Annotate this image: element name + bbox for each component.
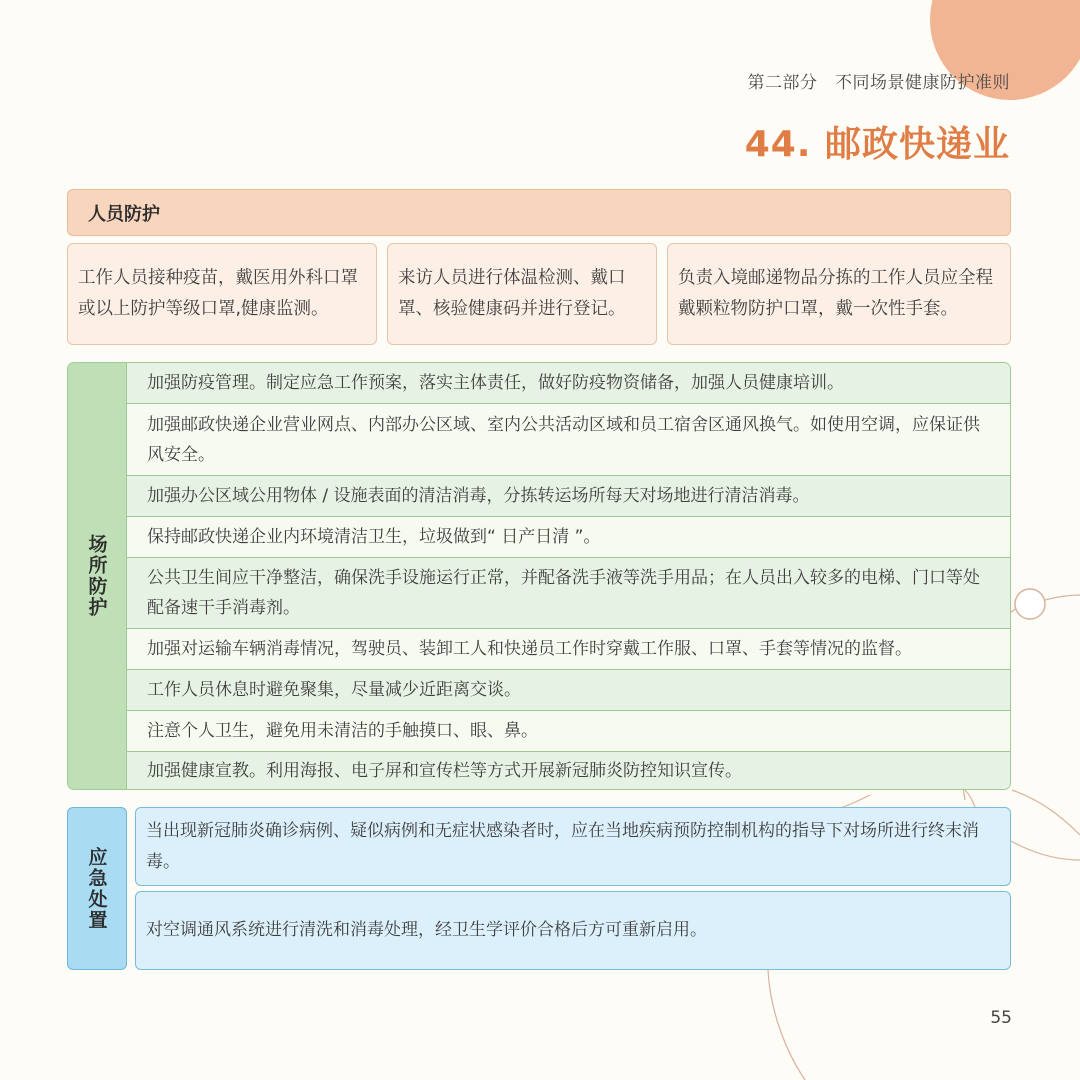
personnel-card: 工作人员接种疫苗，戴医用外科口罩或以上防护等级口罩,健康监测。 [67, 243, 377, 345]
personnel-protection-heading: 人员防护 [67, 189, 1011, 236]
list-item: 注意个人卫生，避免用未清洁的手触摸口、眼、鼻。 [127, 711, 1010, 752]
emergency-response-label-column: 应急处置 [67, 807, 127, 970]
venue-protection-list: 加强防疫管理。制定应急工作预案，落实主体责任，做好防疫物资储备，加强人员健康培训… [127, 363, 1010, 789]
list-item: 工作人员休息时避免聚集，尽量减少近距离交谈。 [127, 670, 1010, 711]
page: 第二部分 不同场景健康防护准则 44. 邮政快递业 人员防护 工作人员接种疫苗，… [0, 0, 1080, 1080]
list-item: 加强办公区域公用物体 / 设施表面的清洁消毒，分拣转运场所每天对场地进行清洁消毒… [127, 476, 1010, 517]
venue-protection-section: 场所防护 加强防疫管理。制定应急工作预案，落实主体责任，做好防疫物资储备，加强人… [67, 362, 1011, 790]
venue-protection-label: 场所防护 [84, 534, 111, 618]
list-item: 加强健康宣教。利用海报、电子屏和宣传栏等方式开展新冠肺炎防控知识宣传。 [127, 752, 1010, 789]
page-number: 55 [990, 1008, 1012, 1028]
page-title: 44. 邮政快递业 [745, 116, 1010, 167]
emergency-item: 对空调通风系统进行清洗和消毒处理，经卫生学评价合格后方可重新启用。 [135, 891, 1011, 970]
section-label: 第二部分 不同场景健康防护准则 [748, 68, 1011, 93]
emergency-item: 当出现新冠肺炎确诊病例、疑似病例和无症状感染者时，应在当地疾病预防控制机构的指导… [135, 807, 1011, 886]
list-item: 加强对运输车辆消毒情况，驾驶员、装卸工人和快递员工作时穿戴工作服、口罩、手套等情… [127, 629, 1010, 670]
personnel-protection-cards: 工作人员接种疫苗，戴医用外科口罩或以上防护等级口罩,健康监测。 来访人员进行体温… [67, 243, 1011, 345]
list-item: 加强邮政快递企业营业网点、内部办公区域、室内公共活动区域和员工宿舍区通风换气。如… [127, 404, 1010, 476]
venue-protection-label-column: 场所防护 [68, 363, 127, 789]
personnel-card: 来访人员进行体温检测、戴口罩、核验健康码并进行登记。 [387, 243, 657, 345]
list-item: 公共卫生间应干净整洁，确保洗手设施运行正常，并配备洗手液等洗手用品；在人员出入较… [127, 558, 1010, 629]
list-item: 加强防疫管理。制定应急工作预案，落实主体责任，做好防疫物资储备，加强人员健康培训… [127, 363, 1010, 404]
list-item: 保持邮政快递企业内环境清洁卫生，垃圾做到“ 日产日清 ”。 [127, 517, 1010, 558]
emergency-response-label: 应急处置 [84, 847, 111, 931]
personnel-card: 负责入境邮递物品分拣的工作人员应全程戴颗粒物防护口罩，戴一次性手套。 [667, 243, 1011, 345]
